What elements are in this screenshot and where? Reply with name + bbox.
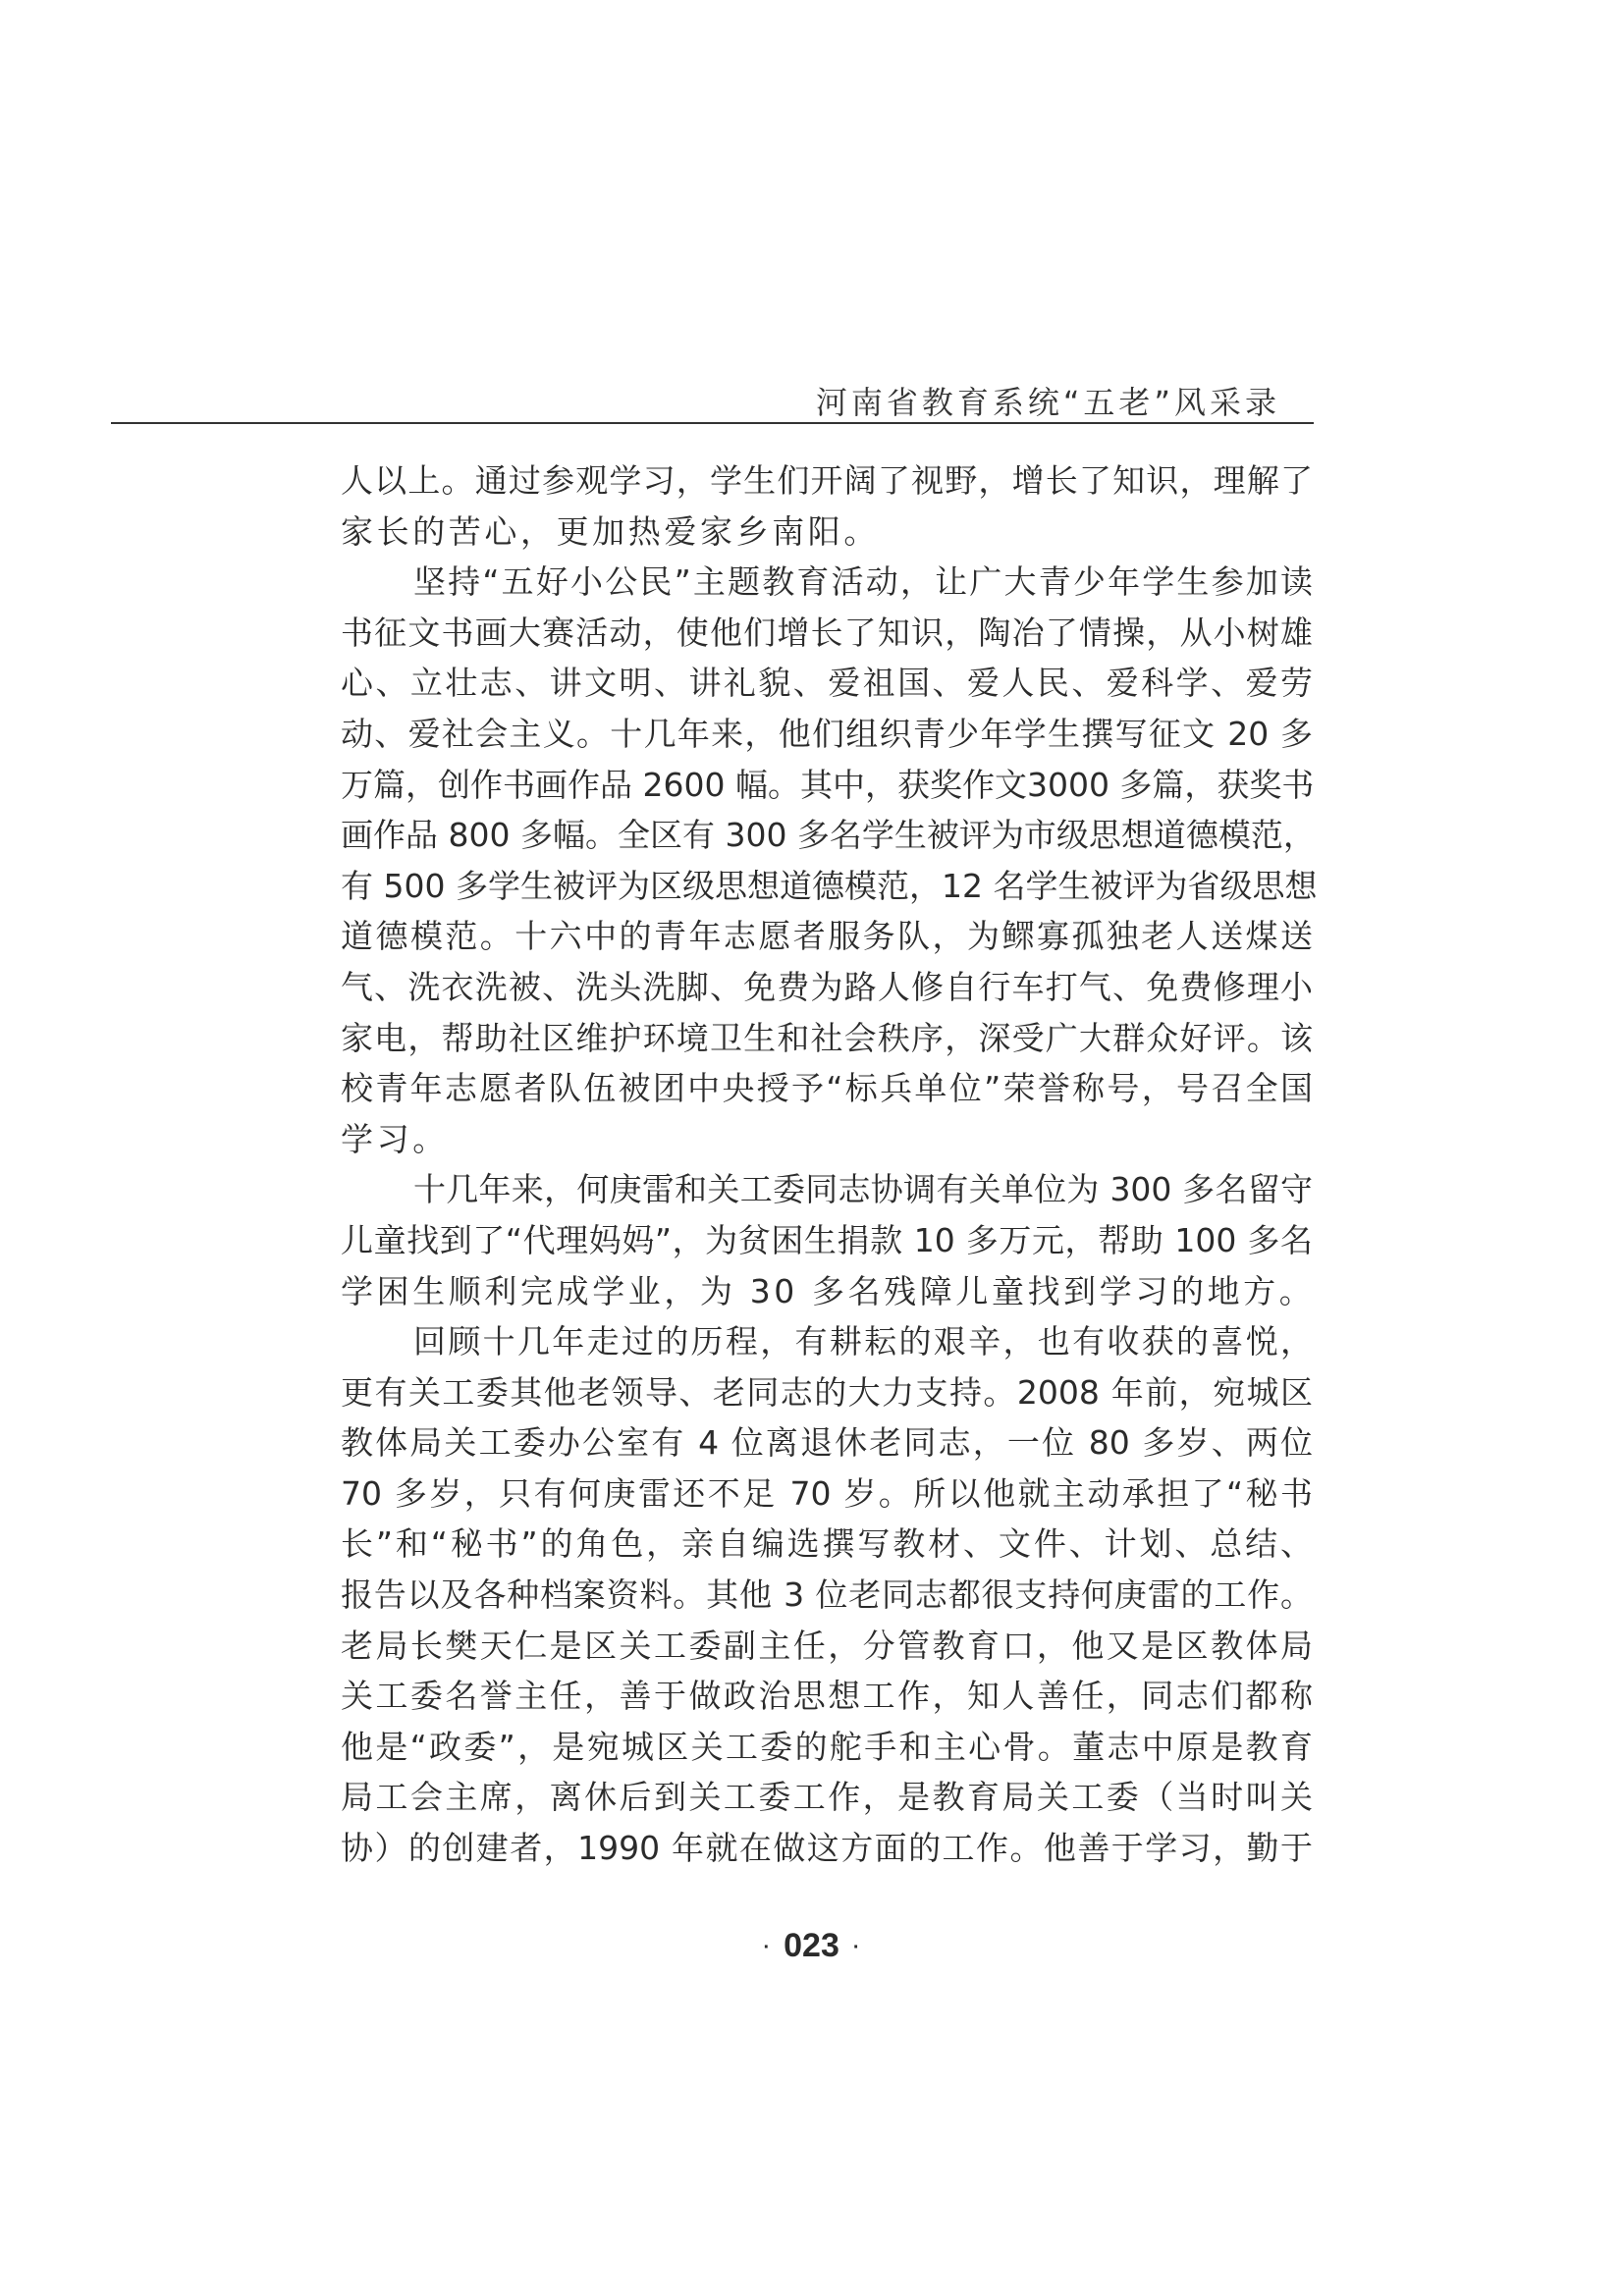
text-line: 局工会主席，离休后到关工委工作，是教育局关工委（当时叫关 xyxy=(341,1772,1313,1823)
body-text: 人以上。通过参观学习，学生们开阔了视野，增长了知识，理解了家长的苦心，更加热爱家… xyxy=(341,455,1313,1874)
text-line: 人以上。通过参观学习，学生们开阔了视野，增长了知识，理解了 xyxy=(341,455,1313,507)
text-line: 家电，帮助社区维护环境卫生和社会秩序，深受广大群众好评。该 xyxy=(341,1013,1313,1064)
running-header: 河南省教育系统“五老”风采录 xyxy=(111,381,1314,424)
text-line: 心、立壮志、讲文明、讲礼貌、爱祖国、爱人民、爱科学、爱劳 xyxy=(341,658,1313,709)
text-line: 关工委名誉主任，善于做政治思想工作，知人善任，同志们都称 xyxy=(341,1671,1313,1722)
text-line: 儿童找到了“代理妈妈”，为贫困生捐款 10 多万元，帮助 100 多名 xyxy=(341,1215,1313,1266)
text-line: 更有关工委其他老领导、老同志的大力支持。2008 年前，宛城区 xyxy=(341,1367,1313,1418)
text-line: 动、爱社会主义。十几年来，他们组织青少年学生撰写征文 20 多 xyxy=(341,709,1313,760)
text-line: 学习。 xyxy=(341,1114,1313,1165)
text-line: 报告以及各种档案资料。其他 3 位老同志都很支持何庚雷的工作。 xyxy=(341,1570,1313,1621)
text-line: 书征文书画大赛活动，使他们增长了知识，陶冶了情操，从小树雄 xyxy=(341,608,1313,659)
text-line: 教体局关工委办公室有 4 位离退休老同志，一位 80 多岁、两位 xyxy=(341,1417,1313,1468)
text-line: 老局长樊天仁是区关工委副主任，分管教育口，他又是区教体局 xyxy=(341,1621,1313,1672)
page-number: ·023· xyxy=(0,1926,1623,1967)
text-line: 回顾十几年走过的历程，有耕耘的艰辛，也有收获的喜悦， xyxy=(341,1316,1313,1367)
text-line: 画作品 800 多幅。全区有 300 多名学生被评为市级思想道德模范， xyxy=(341,810,1313,861)
page-number-dot-left: · xyxy=(763,1937,770,1958)
text-line: 协）的创建者，1990 年就在做这方面的工作。他善于学习，勤于 xyxy=(341,1823,1313,1874)
text-line: 家长的苦心，更加热爱家乡南阳。 xyxy=(341,507,1313,558)
running-header-title: 河南省教育系统“五老”风采录 xyxy=(816,385,1280,420)
text-line: 他是“政委”，是宛城区关工委的舵手和主心骨。董志中原是教育 xyxy=(341,1722,1313,1773)
text-line: 校青年志愿者队伍被团中央授予“标兵单位”荣誉称号，号召全国 xyxy=(341,1063,1313,1114)
text-line: 长”和“秘书”的角色，亲自编选撰写教材、文件、计划、总结、 xyxy=(341,1519,1313,1570)
text-line: 十几年来，何庚雷和关工委同志协调有关单位为 300 多名留守 xyxy=(341,1164,1313,1215)
page-number-dot-right: · xyxy=(853,1937,860,1958)
text-line: 道德模范。十六中的青年志愿者服务队，为鳏寡孤独老人送煤送 xyxy=(341,911,1313,962)
text-line: 坚持“五好小公民”主题教育活动，让广大青少年学生参加读 xyxy=(341,557,1313,608)
text-line: 70 多岁，只有何庚雷还不足 70 岁。所以他就主动承担了“秘书 xyxy=(341,1468,1313,1520)
page-number-value: 023 xyxy=(784,1927,839,1964)
text-line: 有 500 多学生被评为区级思想道德模范，12 名学生被评为省级思想 xyxy=(341,861,1313,912)
text-line: 万篇，创作书画作品 2600 幅。其中，获奖作文3000 多篇，获奖书 xyxy=(341,760,1313,811)
text-line: 学困生顺利完成学业，为 30 多名残障儿童找到学习的地方。 xyxy=(341,1266,1313,1317)
text-line: 气、洗衣洗被、洗头洗脚、免费为路人修自行车打气、免费修理小 xyxy=(341,962,1313,1013)
